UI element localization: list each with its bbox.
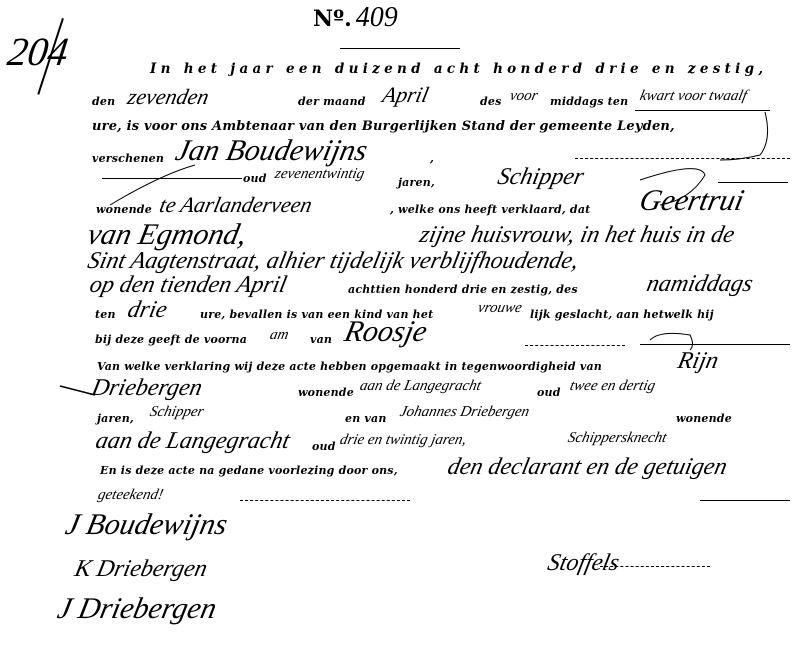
document-page: 204 Nº.409 In het jaar een duizend acht … bbox=[0, 0, 800, 650]
pen-flourishes bbox=[0, 0, 800, 650]
